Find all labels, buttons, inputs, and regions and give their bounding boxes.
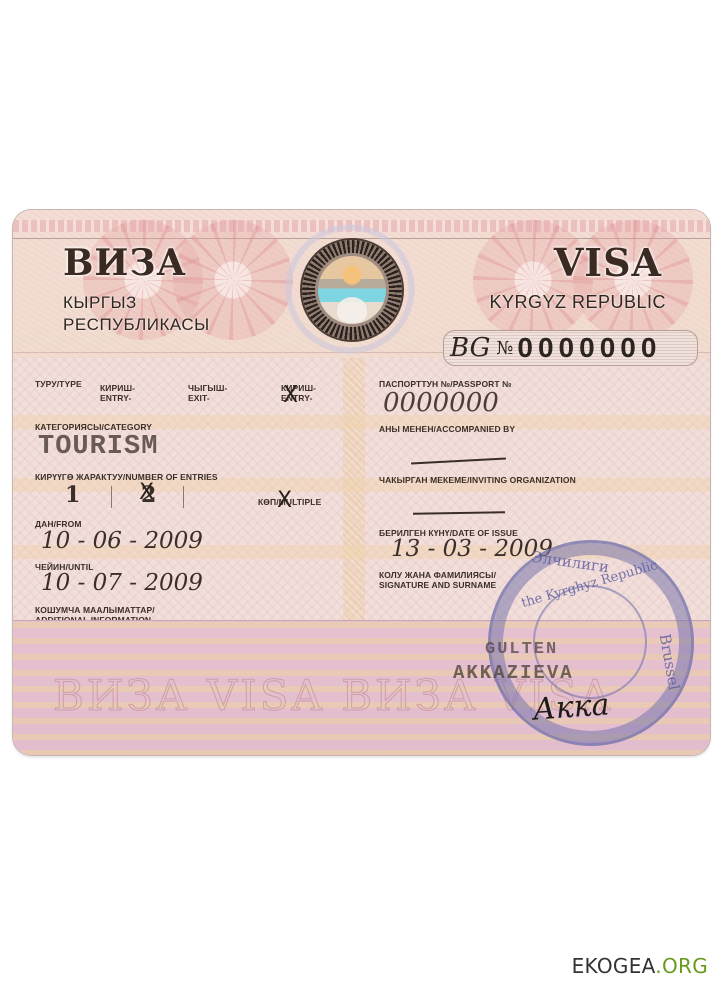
inviting-organization-label: ЧАКЫРГАН МЕКЕМЕ/INVITING ORGANIZATION — [379, 475, 576, 485]
number-sign: № — [496, 338, 513, 359]
divider — [183, 486, 184, 508]
visa-serial-number: BG № 0000000 — [443, 330, 698, 366]
eagle-icon — [337, 297, 367, 323]
entry-type-label: КИРИШ- ENTRY- — [100, 383, 135, 403]
visa-card: ВИЗА КЫРГЫЗ РЕСПУБЛИКАСЫ VISA KYRGYZ REP… — [13, 210, 710, 755]
country-name-ru-line1: КЫРГЫЗ — [63, 292, 210, 314]
exit-type-label: ЧЫГЫШ- EXIT- — [188, 383, 227, 403]
passport-number-value: 0000000 — [383, 388, 499, 418]
valid-from-value: 10 - 06 - 2009 — [41, 528, 203, 554]
site-watermark: EKOGEA.ORG — [572, 954, 708, 978]
accompanied-by-label: АНЫ МЕНЕН/ACCOMPANIED BY — [379, 424, 515, 434]
category-value: TOURISM — [38, 432, 158, 462]
site-watermark-name: EKOGEA — [572, 954, 656, 978]
visa-title-en: VISA — [554, 240, 662, 285]
seal-text-top: Элчилиги — [530, 548, 610, 577]
site-watermark-tld: .ORG — [655, 954, 708, 978]
kyrgyz-emblem-icon — [302, 240, 402, 340]
cross-mark-icon: X — [277, 488, 292, 513]
blank-dash — [413, 511, 505, 515]
cross-mark-icon: X — [283, 383, 298, 408]
officer-signature: Акка — [532, 687, 611, 727]
type-label: ТУРУ/TYPE — [35, 379, 82, 389]
blank-dash — [411, 458, 506, 465]
seal-text-side: Brussel — [656, 632, 684, 691]
country-name-ru: КЫРГЫЗ РЕСПУБЛИКАСЫ — [63, 292, 210, 336]
valid-until-value: 10 - 07 - 2009 — [41, 570, 203, 596]
serial-series: BG — [450, 333, 490, 363]
country-name-ru-line2: РЕСПУБЛИКАСЫ — [63, 314, 210, 336]
entries-label: КИРҮҮГӨ ЖАРАКТУУ/NUMBER OF ENTRIES — [35, 472, 218, 482]
signature-label: КОЛУ ЖАНА ФАМИЛИЯСЫ/ SIGNATURE AND SURNA… — [379, 570, 496, 590]
emblem-hologram — [315, 253, 389, 327]
country-name-en: KYRGYZ REPUBLIC — [489, 292, 666, 313]
category-label: КАТЕГОРИЯСЫ/CATEGORY — [35, 422, 152, 432]
officer-surname-stamp: AKKAZIEVA — [453, 662, 574, 684]
serial-number-value: 0000000 — [517, 332, 661, 364]
visa-title-ru: ВИЗА — [63, 242, 187, 284]
divider — [111, 486, 112, 508]
issue-date-value: 13 - 03 - 2009 — [391, 536, 553, 562]
cross-mark-icon: X — [139, 480, 154, 505]
security-stripe — [343, 358, 365, 663]
officer-first-name-stamp: GULTEN — [485, 640, 558, 659]
entries-option-1: 1 — [65, 482, 80, 508]
